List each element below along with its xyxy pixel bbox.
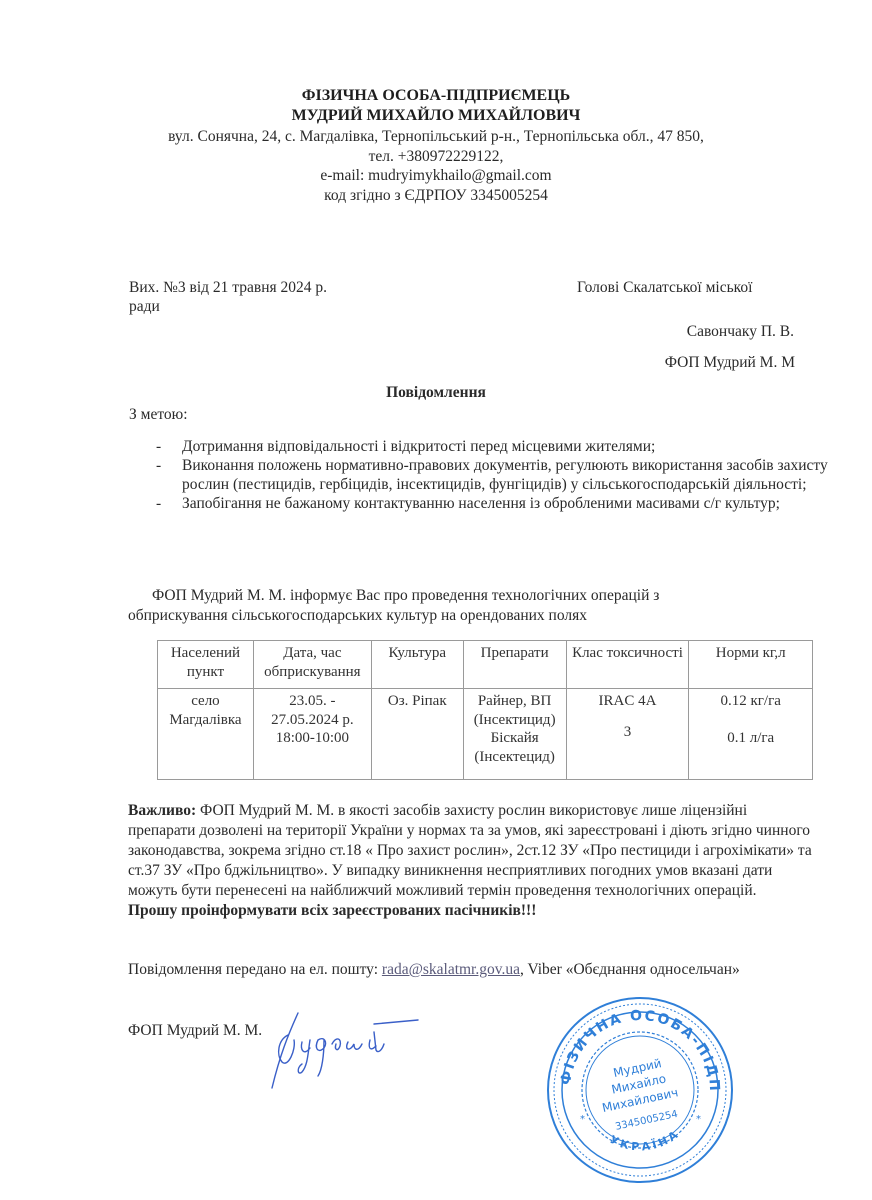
purpose-item-text: Запобігання не бажаному контактуванню на… bbox=[182, 495, 780, 512]
outgoing-reference-continuation: ради bbox=[129, 298, 160, 316]
important-text: ФОП Мудрий М. М. в якості засобів захист… bbox=[128, 802, 812, 899]
col-header-products: Препарати bbox=[463, 641, 566, 689]
addressee-line-1: Голові Скалатської міської bbox=[577, 279, 752, 297]
purpose-list: -Дотримання відповідальності і відкритос… bbox=[150, 437, 830, 513]
col-header-rates: Норми кг,л bbox=[689, 641, 813, 689]
entrepreneur-name-heading: МУДРИЙ МИХАЙЛО МИХАЙЛОВИЧ bbox=[0, 107, 872, 125]
cell-settlement: село Магдалівка bbox=[158, 689, 254, 780]
email-line: e-mail: mudryimykhailo@gmail.com bbox=[0, 167, 872, 185]
signer-name: ФОП Мудрий М. М. bbox=[128, 1022, 262, 1040]
outgoing-reference: Вих. №3 від 21 травня 2024 р. bbox=[129, 279, 327, 297]
purpose-item: -Виконання положень нормативно-правових … bbox=[150, 456, 830, 494]
important-label: Важливо: bbox=[128, 802, 196, 819]
sent-prefix: Повідомлення передано на ел. пошту: bbox=[128, 961, 382, 978]
svg-text:*: * bbox=[696, 1114, 701, 1125]
toxicity-class-1: IRAC 4A bbox=[571, 692, 685, 711]
official-stamp-icon: ФІЗИЧНА ОСОБА-ПІДПРИЄМЕЦЬ УКРАЇНА Мудрий… bbox=[540, 990, 740, 1190]
sent-notice: Повідомлення передано на ел. пошту: rada… bbox=[128, 961, 740, 979]
address-line: вул. Сонячна, 24, с. Магдалівка, Тернопі… bbox=[0, 128, 872, 146]
table-header-row: Населений пункт Дата, час обприскування … bbox=[158, 641, 813, 689]
col-header-settlement: Населений пункт bbox=[158, 641, 254, 689]
cell-rates: 0.12 кг/га 0.1 л/га bbox=[689, 689, 813, 780]
cell-crop: Оз. Ріпак bbox=[371, 689, 463, 780]
cell-toxicity: IRAC 4A 3 bbox=[566, 689, 689, 780]
cell-products: Райнер, ВП (Інсектицид) Біскайя (Інсекте… bbox=[463, 689, 566, 780]
purpose-item: -Запобігання не бажаному контактуванню н… bbox=[150, 494, 830, 513]
purpose-item-text: Дотримання відповідальності і відкритост… bbox=[182, 438, 655, 455]
addressee-line-3: ФОП Мудрий М. М bbox=[665, 354, 795, 372]
cell-date-time: 23.05. - 27.05.2024 р. 18:00-10:00 bbox=[253, 689, 371, 780]
purpose-intro: З метою: bbox=[129, 406, 188, 424]
handwritten-signature-icon bbox=[258, 1010, 428, 1095]
col-header-crop: Культура bbox=[371, 641, 463, 689]
spraying-schedule-table: Населений пункт Дата, час обприскування … bbox=[157, 640, 813, 780]
stamp-code: 3345005254 bbox=[614, 1109, 679, 1133]
inform-paragraph: ФОП Мудрий М. М. інформує Вас про провед… bbox=[128, 586, 728, 626]
edrpou-line: код згідно з ЄДРПОУ 3345005254 bbox=[0, 187, 872, 205]
document-title: Повідомлення bbox=[0, 384, 872, 402]
addressee-line-2: Савончаку П. В. bbox=[687, 323, 794, 341]
purpose-item-text: Виконання положень нормативно-правових д… bbox=[182, 457, 828, 493]
rate-1: 0.12 кг/га bbox=[693, 692, 808, 711]
phone-line: тел. +380972229122, bbox=[0, 148, 872, 166]
council-email-link[interactable]: rada@skalatmr.gov.ua bbox=[382, 961, 520, 978]
purpose-item: -Дотримання відповідальності і відкритос… bbox=[150, 437, 830, 456]
col-header-toxicity: Клас токсичності bbox=[566, 641, 689, 689]
org-type-heading: ФІЗИЧНА ОСОБА-ПІДПРИЄМЕЦЬ bbox=[0, 87, 872, 105]
sent-suffix: , Viber «Обєднання односельчан» bbox=[520, 961, 740, 978]
col-header-date-time: Дата, час обприскування bbox=[253, 641, 371, 689]
toxicity-class-2: 3 bbox=[571, 723, 685, 742]
rate-2: 0.1 л/га bbox=[693, 729, 808, 748]
beekeepers-request: Прошу проінформувати всіх зареєстрованих… bbox=[128, 901, 818, 921]
important-paragraph: Важливо: ФОП Мудрий М. М. в якості засоб… bbox=[128, 801, 818, 921]
table-row: село Магдалівка 23.05. - 27.05.2024 р. 1… bbox=[158, 689, 813, 780]
svg-text:*: * bbox=[580, 1114, 585, 1125]
